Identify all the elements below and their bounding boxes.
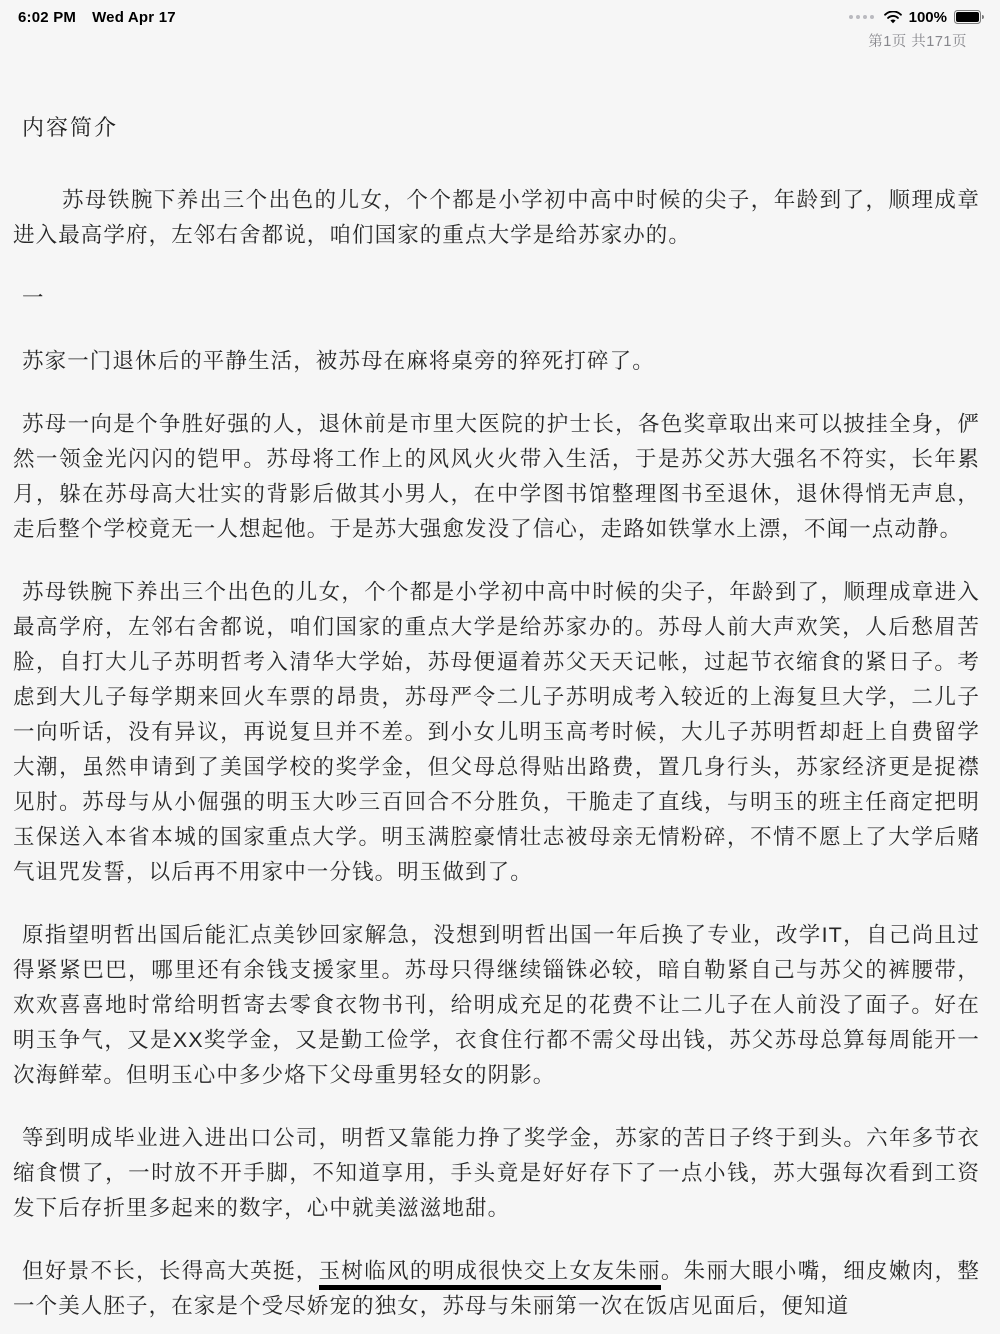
cellular-signal-dots-icon (849, 15, 874, 19)
body-paragraph: 原指望明哲出国后能汇点美钞回家解急，没想到明哲出国一年后换了专业，改学IT，自己… (13, 918, 980, 1093)
page-indicator: 第1页 共171页 (868, 30, 967, 51)
battery-percent-label: 100% (909, 9, 947, 26)
wifi-icon (884, 11, 902, 24)
battery-fill (956, 12, 979, 22)
reader-page[interactable]: 内容简介 苏母铁腕下养出三个出色的儿女，个个都是小学初中高中时候的尖子，年龄到了… (0, 30, 1000, 1324)
last-paragraph: 但好景不长，长得高大英挺，玉树临风的明成很快交上女友朱丽。朱丽大眼小嘴，细皮嫩肉… (13, 1254, 980, 1324)
status-time-date: 6:02 PM Wed Apr 17 (18, 9, 176, 26)
body-paragraph: 等到明成毕业进入进出口公司，明哲又靠能力挣了奖学金，苏家的苦日子终于到头。六年多… (13, 1121, 980, 1226)
last-paragraph-text: 但好景不长，长得高大英挺， (22, 1259, 319, 1283)
status-time: 6:02 PM (18, 9, 76, 26)
underlined-phrase: 玉树临风的明成很快交上女友朱丽 (319, 1259, 661, 1290)
battery-icon (954, 10, 984, 24)
status-date: Wed Apr 17 (92, 9, 176, 26)
body-paragraph: 苏家一门退休后的平静生活，被苏母在麻将桌旁的猝死打碎了。 (13, 344, 980, 379)
body-paragraph: 苏母铁腕下养出三个出色的儿女，个个都是小学初中高中时候的尖子，年龄到了，顺理成章… (13, 575, 980, 890)
chapter-marker: 一 (13, 281, 980, 316)
body-paragraph: 苏母一向是个争胜好强的人，退休前是市里大医院的护士长，各色奖章取出来可以披挂全身… (13, 407, 980, 547)
section-title: 内容简介 (22, 110, 980, 145)
intro-paragraph: 苏母铁腕下养出三个出色的儿女，个个都是小学初中高中时候的尖子，年龄到了，顺理成章… (13, 183, 980, 253)
status-bar: 6:02 PM Wed Apr 17 100% (0, 0, 1000, 30)
status-indicators: 100% (849, 9, 984, 26)
